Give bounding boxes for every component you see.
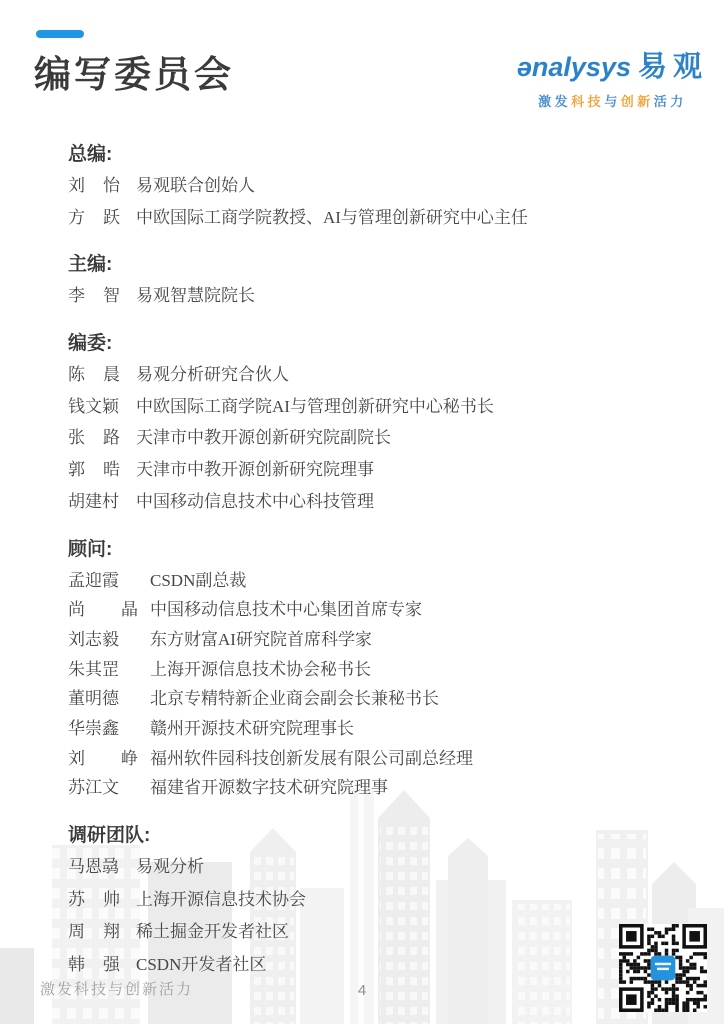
member-name: 刘峥 [68, 750, 138, 769]
section-members: 陈晨 易观分析研究合伙人 钱文颖 中欧国际工商学院AI与管理创新研究中心秘书长 … [68, 366, 708, 511]
member-role: 福建省开源数字技术研究院理事 [150, 779, 388, 798]
member-role: 福州软件园科技创新发展有限公司副总经理 [150, 750, 473, 769]
logo-tagline-part: 活力 [654, 94, 687, 109]
member-name: 陈晨 [68, 366, 120, 385]
member-role: CSDN副总裁 [150, 572, 246, 591]
logo-tagline-part: 创新 [621, 94, 654, 109]
committee-section: 编委: 陈晨 易观分析研究合伙人 钱文颖 中欧国际工商学院AI与管理创新研究中心… [68, 334, 708, 511]
member-row: 李智 易观智慧院院长 [68, 287, 708, 306]
committee-sections: 总编: 刘怡 易观联合创始人 方跃 中欧国际工商学院教授、AI与管理创新研究中心… [68, 145, 708, 989]
member-name: 韩强 [68, 956, 120, 975]
logo-brand-cn: 易观 [638, 44, 708, 85]
member-row: 钱文颖 中欧国际工商学院AI与管理创新研究中心秘书长 [68, 398, 708, 417]
section-heading: 编委: [68, 334, 708, 353]
member-role: 上海开源信息技术协会秘书长 [150, 661, 371, 680]
document-page: { "page": { "title": "编写委员会", "page_numb… [0, 0, 724, 1024]
member-role: 中欧国际工商学院AI与管理创新研究中心秘书长 [136, 398, 494, 417]
member-name: 钱文颖 [68, 398, 120, 417]
footer-tagline: 激发科技与创新活力 [40, 978, 193, 999]
member-role: 东方财富AI研究院首席科学家 [150, 631, 372, 650]
member-name: 方跃 [68, 209, 120, 228]
member-role: 天津市中教开源创新研究院副院长 [136, 429, 391, 448]
logo-tagline-part: 科技 [571, 94, 604, 109]
member-name: 张路 [68, 429, 120, 448]
member-row: 刘怡 易观联合创始人 [68, 177, 708, 196]
logo-tagline: 激发科技与创新活力 [517, 91, 708, 110]
member-name: 朱其罡 [68, 661, 138, 680]
wechat-qr-code [619, 924, 707, 1012]
committee-section: 总编: 刘怡 易观联合创始人 方跃 中欧国际工商学院教授、AI与管理创新研究中心… [68, 145, 708, 227]
member-role: 上海开源信息技术协会 [136, 891, 306, 910]
member-row: 郭晧 天津市中教开源创新研究院理事 [68, 461, 708, 480]
section-members: 马恩骉 易观分析 苏帅 上海开源信息技术协会 周翔 稀土掘金开发者社区 韩强 C… [68, 858, 708, 975]
member-row: 方跃 中欧国际工商学院教授、AI与管理创新研究中心主任 [68, 209, 708, 228]
member-role: 中国移动信息技术中心科技管理 [136, 493, 374, 512]
member-row: 董明德 北京专精特新企业商会副会长兼秘书长 [68, 690, 708, 709]
member-row: 苏帅 上海开源信息技术协会 [68, 891, 708, 910]
committee-section: 调研团队: 马恩骉 易观分析 苏帅 上海开源信息技术协会 周翔 稀土掘金开发者社… [68, 826, 708, 975]
section-members: 刘怡 易观联合创始人 方跃 中欧国际工商学院教授、AI与管理创新研究中心主任 [68, 177, 708, 227]
logo-brand-en: ənalysys [517, 52, 631, 83]
analysys-logo: ənalysys 易观 激发科技与创新活力 [517, 44, 708, 110]
member-name: 胡建村 [68, 493, 120, 512]
member-name: 董明德 [68, 690, 138, 709]
member-role: 中国移动信息技术中心集团首席专家 [150, 601, 422, 620]
section-heading: 总编: [68, 145, 708, 164]
section-heading: 调研团队: [68, 826, 708, 845]
member-row: 华崇鑫 赣州开源技术研究院理事长 [68, 720, 708, 739]
logo-tagline-part: 与 [604, 94, 621, 109]
member-row: 刘志毅 东方财富AI研究院首席科学家 [68, 631, 708, 650]
member-role: 易观智慧院院长 [136, 287, 255, 306]
member-name: 苏帅 [68, 891, 120, 910]
member-row: 周翔 稀土掘金开发者社区 [68, 923, 708, 942]
member-row: 胡建村 中国移动信息技术中心科技管理 [68, 493, 708, 512]
member-row: 陈晨 易观分析研究合伙人 [68, 366, 708, 385]
member-row: 韩强 CSDN开发者社区 [68, 956, 708, 975]
member-row: 尚晶 中国移动信息技术中心集团首席专家 [68, 601, 708, 620]
section-members: 李智 易观智慧院院长 [68, 287, 708, 306]
logo-tagline-part: 激发 [538, 94, 571, 109]
committee-section: 顾问: 孟迎霞 CSDN副总裁 尚晶 中国移动信息技术中心集团首席专家 刘志毅 … [68, 540, 708, 799]
member-role: CSDN开发者社区 [136, 956, 266, 975]
title-accent-bar [36, 30, 84, 38]
member-name: 华崇鑫 [68, 720, 138, 739]
member-name: 孟迎霞 [68, 572, 138, 591]
member-row: 马恩骉 易观分析 [68, 858, 708, 877]
member-name: 刘怡 [68, 177, 120, 196]
member-row: 孟迎霞 CSDN副总裁 [68, 572, 708, 591]
member-role: 稀土掘金开发者社区 [136, 923, 289, 942]
member-name: 李智 [68, 287, 120, 306]
section-heading: 顾问: [68, 540, 708, 559]
member-name: 刘志毅 [68, 631, 138, 650]
page-title: 编写委员会 [34, 44, 234, 98]
member-row: 苏江文 福建省开源数字技术研究院理事 [68, 779, 708, 798]
committee-section: 主编: 李智 易观智慧院院长 [68, 255, 708, 306]
member-role: 易观分析 [136, 858, 204, 877]
member-row: 朱其罡 上海开源信息技术协会秘书长 [68, 661, 708, 680]
section-members: 孟迎霞 CSDN副总裁 尚晶 中国移动信息技术中心集团首席专家 刘志毅 东方财富… [68, 572, 708, 799]
member-role: 北京专精特新企业商会副会长兼秘书长 [150, 690, 439, 709]
member-role: 天津市中教开源创新研究院理事 [136, 461, 374, 480]
member-role: 易观分析研究合伙人 [136, 366, 289, 385]
member-role: 中欧国际工商学院教授、AI与管理创新研究中心主任 [136, 209, 528, 228]
member-name: 郭晧 [68, 461, 120, 480]
section-heading: 主编: [68, 255, 708, 274]
member-name: 尚晶 [68, 601, 138, 620]
member-role: 赣州开源技术研究院理事长 [150, 720, 354, 739]
member-row: 刘峥 福州软件园科技创新发展有限公司副总经理 [68, 750, 708, 769]
member-role: 易观联合创始人 [136, 177, 255, 196]
member-name: 周翔 [68, 923, 120, 942]
member-row: 张路 天津市中教开源创新研究院副院长 [68, 429, 708, 448]
member-name: 苏江文 [68, 779, 138, 798]
member-name: 马恩骉 [68, 858, 120, 877]
